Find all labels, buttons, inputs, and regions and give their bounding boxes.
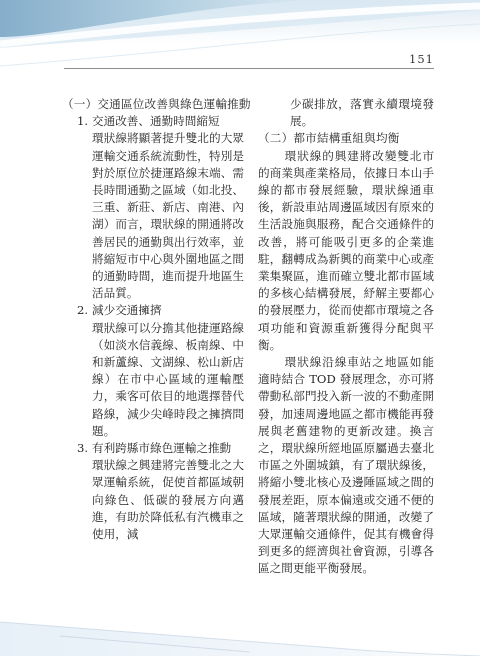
page-content: （一）交通區位改善與綠色運輸推動 1.交通改善、通勤時間縮短 環狀線將顯著提升雙… (62, 96, 434, 578)
bottom-wave-decoration (0, 600, 480, 656)
list-item-1-number: 1. (77, 113, 88, 130)
page-number: 151 (409, 52, 434, 66)
column-left: （一）交通區位改善與綠色運輸推動 1.交通改善、通勤時間縮短 環狀線將顯著提升雙… (62, 96, 244, 578)
list-item-3: 3.有利跨縣市綠色運輸之推動 環狀線之興建將完善雙北之大眾運輸系統，促使首都區域… (62, 440, 244, 543)
document-page: 151 （一）交通區位改善與綠色運輸推動 1.交通改善、通勤時間縮短 環狀線將顯… (0, 0, 480, 656)
header-rule (64, 68, 434, 69)
section-2-heading: （二）都市結構重組與均衡 (258, 130, 434, 147)
list-item-3-title: 3.有利跨縣市綠色運輸之推動 (92, 440, 244, 457)
list-item-2: 2.減少交通擁擠 環狀線可以分擔其他捷運路線（如淡水信義線、板南線、中和新蘆線、… (62, 302, 244, 440)
list-item-1-body: 環狀線將顯著提升雙北的大眾運輸交通系統流動性，特別是對於原位於捷運路線末端、需長… (92, 130, 244, 302)
list-item-2-number: 2. (77, 302, 88, 319)
column-right: 少碳排放，落實永續環境發展。 （二）都市結構重組與均衡 環狀線的興建將改變雙北市… (258, 96, 434, 578)
section-2-paragraph-1: 環狀線的興建將改變雙北市的商業與產業格局，依據日本山手線的都市發展經驗，環狀線通… (258, 148, 434, 354)
list-item-2-body: 環狀線可以分擔其他捷運路線（如淡水信義線、板南線、中和新蘆線、文湖線、松山新店線… (92, 320, 244, 440)
top-wave-decoration (0, 0, 480, 92)
item-3-continuation-text: 少碳排放，落實永續環境發展。 (258, 96, 434, 130)
list-item-3-number: 3. (77, 440, 88, 457)
list-item-1: 1.交通改善、通勤時間縮短 環狀線將顯著提升雙北的大眾運輸交通系統流動性，特別是… (62, 113, 244, 302)
section-1-heading: （一）交通區位改善與綠色運輸推動 (62, 96, 244, 113)
list-item-3-body: 環狀線之興建將完善雙北之大眾運輸系統，促使首都區域朝向綠色、低碳的發展方向邁進，… (92, 457, 244, 543)
list-item-2-title: 2.減少交通擁擠 (92, 302, 244, 319)
list-item-1-title: 1.交通改善、通勤時間縮短 (92, 113, 244, 130)
section-2-paragraph-2: 環狀線沿線車站之地區如能適時結合 TOD 發展理念，亦可將帶動私部門投入新一波的… (258, 354, 434, 578)
